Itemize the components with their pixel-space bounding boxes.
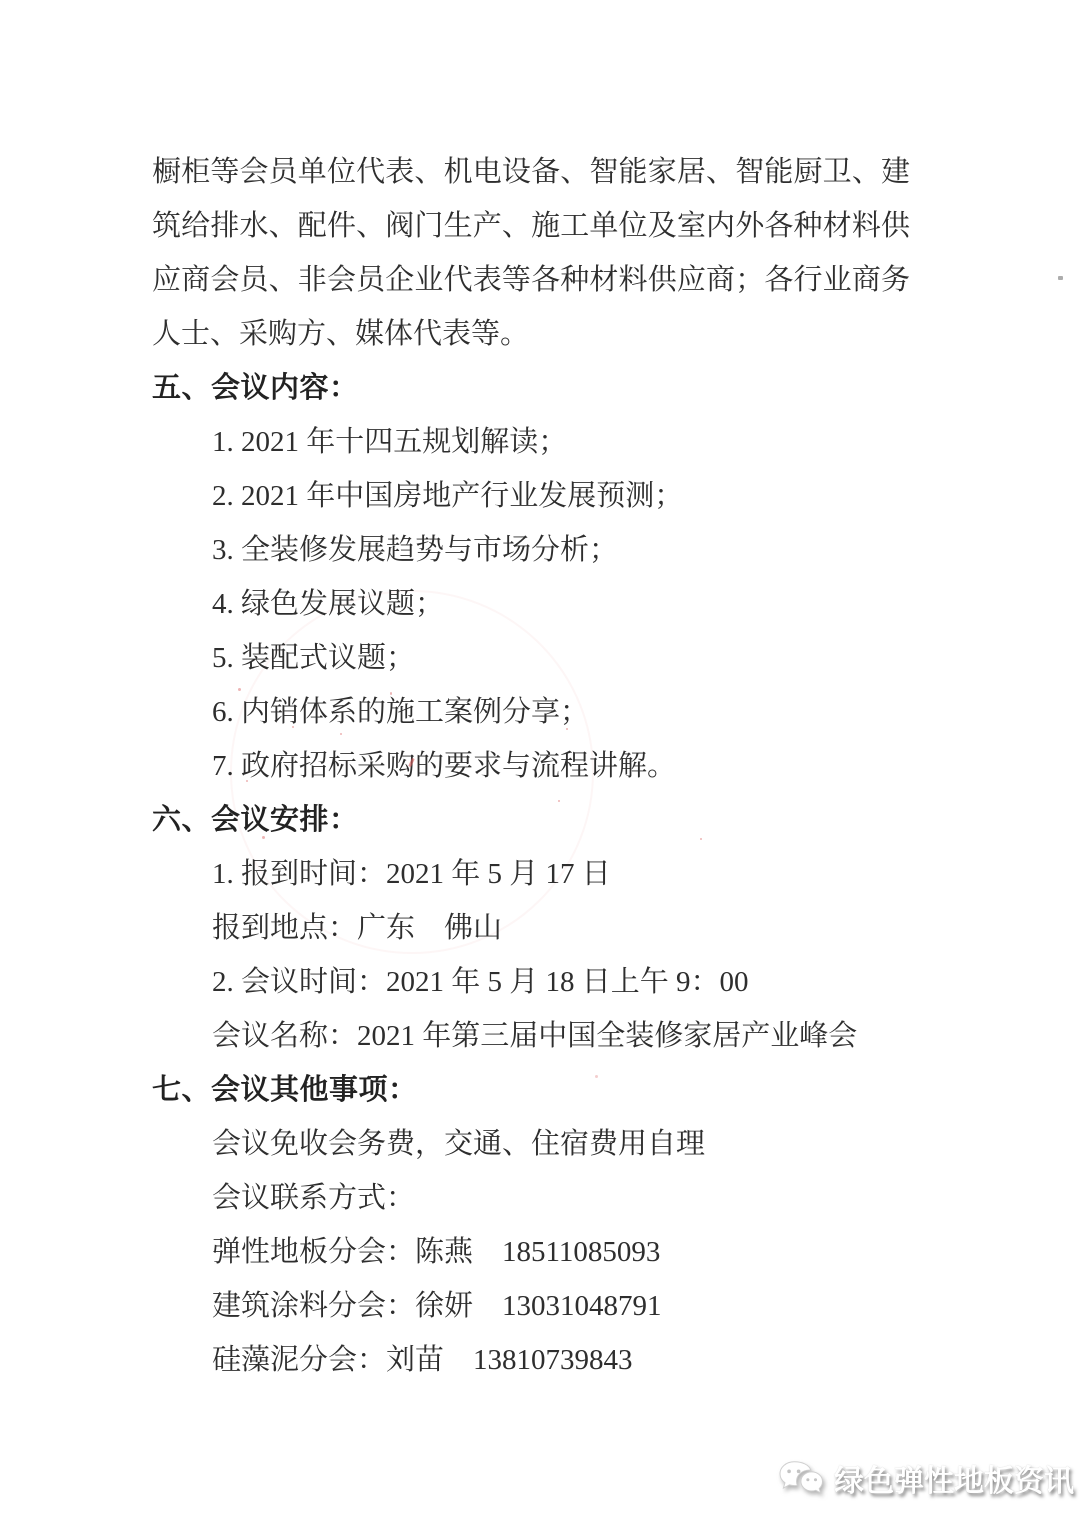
section-7-item-1: 会议免收会务费，交通、住宿费用自理 xyxy=(152,1117,910,1171)
stamp-speckle xyxy=(700,838,702,840)
section-5-item-7: 7. 政府招标采购的要求与流程讲解。 xyxy=(152,739,910,793)
section-5-item-3: 3. 全装修发展趋势与市场分析； xyxy=(152,523,910,577)
section-7-item-2: 会议联系方式： xyxy=(152,1171,910,1225)
intro-line-4: 人士、采购方、媒体代表等。 xyxy=(152,307,910,361)
section-6-item-1: 1. 报到时间：2021 年 5 月 17 日 xyxy=(152,847,910,901)
watermark-footer: 绿色弹性地板资讯 xyxy=(776,1456,1074,1500)
document-body: 橱柜等会员单位代表、机电设备、智能家居、智能厨卫、建 筑给排水、配件、阀门生产、… xyxy=(152,145,910,1387)
watermark-label: 绿色弹性地板资讯 xyxy=(834,1456,1074,1500)
section-5-item-6: 6. 内销体系的施工案例分享； xyxy=(152,685,910,739)
stamp-speckle xyxy=(246,780,248,782)
section-5-item-2: 2. 2021 年中国房地产行业发展预测； xyxy=(152,469,910,523)
section-7-item-3: 弹性地板分会：陈燕 18511085093 xyxy=(152,1225,910,1279)
wechat-icon xyxy=(776,1457,826,1499)
stamp-speckle xyxy=(390,692,392,695)
scan-speck xyxy=(1058,276,1063,280)
section-5-heading: 五、会议内容： xyxy=(152,361,910,415)
stamp-speckle xyxy=(340,733,342,735)
section-7-item-5: 硅藻泥分会：刘苗 13810739843 xyxy=(152,1333,910,1387)
section-7-item-4: 建筑涂料分会：徐妍 13031048791 xyxy=(152,1279,910,1333)
stamp-speckle xyxy=(292,726,294,728)
stamp-speckle xyxy=(566,728,568,730)
section-6-item-4: 会议名称：2021 年第三届中国全装修家居产业峰会 xyxy=(152,1009,910,1063)
section-6-heading: 六、会议安排： xyxy=(152,793,910,847)
stamp-speckle xyxy=(558,800,560,802)
section-6-item-3: 2. 会议时间：2021 年 5 月 18 日上午 9：00 xyxy=(152,955,910,1009)
scanned-document-page: 橱柜等会员单位代表、机电设备、智能家居、智能厨卫、建 筑给排水、配件、阀门生产、… xyxy=(0,0,1080,1526)
stamp-speckle xyxy=(238,688,241,691)
intro-line-2: 筑给排水、配件、阀门生产、施工单位及室内外各种材料供 xyxy=(152,199,910,253)
intro-line-3: 应商会员、非会员企业代表等各种材料供应商；各行业商务 xyxy=(152,253,910,307)
section-5-item-4: 4. 绿色发展议题； xyxy=(152,577,910,631)
stamp-speckle xyxy=(595,1075,598,1078)
section-7-heading: 七、会议其他事项： xyxy=(152,1063,910,1117)
section-5-item-1: 1. 2021 年十四五规划解读； xyxy=(152,415,910,469)
stamp-speckle xyxy=(262,836,265,839)
section-5-item-5: 5. 装配式议题； xyxy=(152,631,910,685)
intro-line-1: 橱柜等会员单位代表、机电设备、智能家居、智能厨卫、建 xyxy=(152,145,910,199)
section-6-item-2: 报到地点：广东 佛山 xyxy=(152,901,910,955)
